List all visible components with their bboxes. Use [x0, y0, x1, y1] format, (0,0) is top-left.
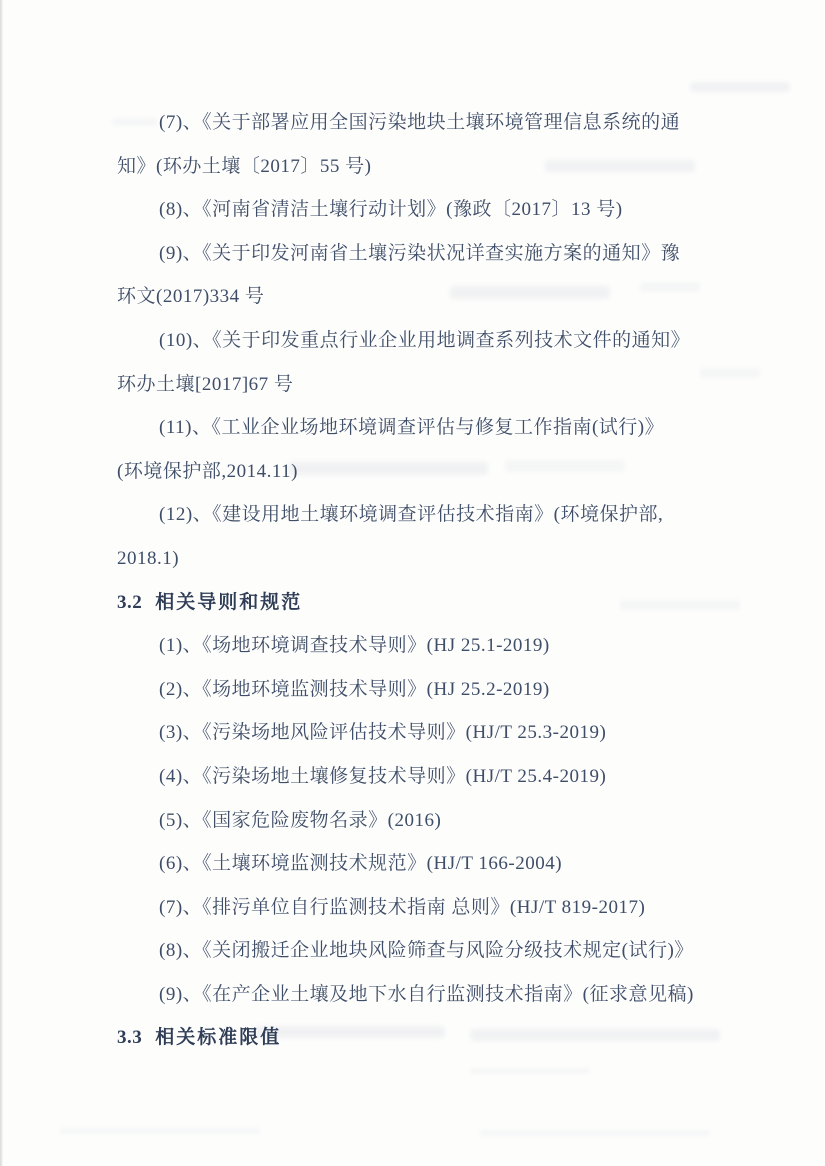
reference-text-line: (8)、《河南省清洁土壤行动计划》(豫政〔2017〕13 号) — [117, 188, 797, 232]
reference-text-line: (7)、《关于部署应用全国污染地块土壤环境管理信息系统的通 — [117, 101, 797, 145]
reference-text-line: (1)、《场地环境调查技术导则》(HJ 25.1-2019) — [117, 624, 797, 668]
reference-text-line: 知》(环办土壤〔2017〕55 号) — [117, 145, 797, 189]
reference-text-line: (7)、《排污单位自行监测技术指南 总则》(HJ/T 819-2017) — [117, 886, 797, 930]
reference-text-line: (11)、《工业企业场地环境调查评估与修复工作指南(试行)》 — [117, 406, 797, 450]
scanned-document-page: (7)、《关于部署应用全国污染地块土壤环境管理信息系统的通知》(环办土壤〔201… — [0, 0, 825, 1166]
reference-text-line: (环境保护部,2014.11) — [117, 450, 797, 494]
section-title: 相关导则和规范 — [155, 592, 302, 613]
section-number: 3.3 — [117, 1027, 142, 1048]
document-content: (7)、《关于部署应用全国污染地块土壤环境管理信息系统的通知》(环办土壤〔201… — [117, 101, 797, 1060]
reference-text-line: (3)、《污染场地风险评估技术导则》(HJ/T 25.3-2019) — [117, 711, 797, 755]
section-heading: 3.3相关标准限值 — [117, 1016, 797, 1060]
reference-text-line: (6)、《土壤环境监测技术规范》(HJ/T 166-2004) — [117, 842, 797, 886]
reference-text-line: (8)、《关闭搬迁企业地块风险筛查与风险分级技术规定(试行)》 — [117, 929, 797, 973]
section-heading: 3.2相关导则和规范 — [117, 581, 797, 625]
reference-text-line: (9)、《在产企业土壤及地下水自行监测技术指南》(征求意见稿) — [117, 973, 797, 1017]
reference-text-line: 2018.1) — [117, 537, 797, 581]
section-title: 相关标准限值 — [155, 1027, 281, 1048]
page-edge-shadow — [0, 0, 3, 1166]
bleedthrough-smudge — [480, 1130, 710, 1136]
bleedthrough-smudge — [60, 1128, 260, 1134]
reference-text-line: (2)、《场地环境监测技术导则》(HJ 25.2-2019) — [117, 668, 797, 712]
reference-text-line: (10)、《关于印发重点行业企业用地调查系列技术文件的通知》 — [117, 319, 797, 363]
reference-text-line: (5)、《国家危险废物名录》(2016) — [117, 799, 797, 843]
reference-text-line: 环办土壤[2017]67 号 — [117, 363, 797, 407]
bleedthrough-smudge — [690, 82, 790, 92]
bleedthrough-smudge — [470, 1068, 590, 1074]
section-number: 3.2 — [117, 592, 142, 613]
reference-text-line: 环文(2017)334 号 — [117, 275, 797, 319]
reference-text-line: (4)、《污染场地土壤修复技术导则》(HJ/T 25.4-2019) — [117, 755, 797, 799]
reference-text-line: (12)、《建设用地土壤环境调查评估技术指南》(环境保护部, — [117, 493, 797, 537]
reference-text-line: (9)、《关于印发河南省土壤污染状况详查实施方案的通知》豫 — [117, 232, 797, 276]
